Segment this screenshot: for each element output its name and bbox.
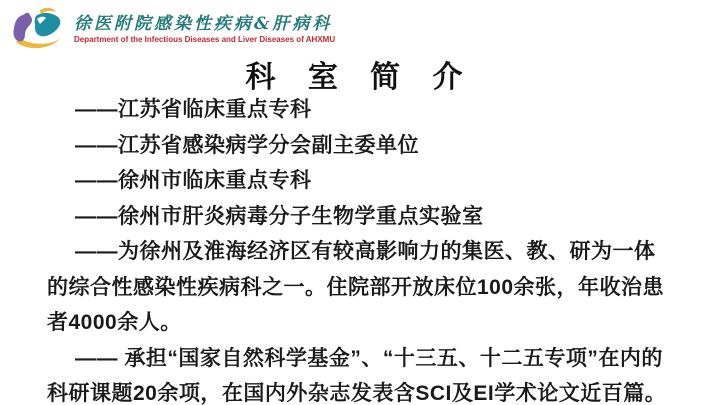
liver-logo-icon (10, 6, 68, 52)
slide-title: 科 室 简 介 (0, 52, 720, 96)
presentation-slide: 徐医附院感染性疾病&肝病科 Department of the Infectio… (0, 0, 720, 405)
department-logo: 徐医附院感染性疾病&肝病科 Department of the Infectio… (10, 6, 335, 52)
bullet-list: ——江苏省临床重点专科 ——江苏省感染病学分会副主委单位 ——徐州市临床重点专科… (47, 92, 675, 405)
bullet-item-3: ——徐州市临床重点专科 (47, 163, 675, 199)
bullet-item-6: —— 承担“国家自然科学基金”、“十三五、十二五专项”在内的科研课题20余项，在… (47, 341, 675, 405)
bullet-item-5: ——为徐州及淮海经济区有较高影响力的集医、教、研为一体的综合性感染性疾病科之一。… (47, 234, 675, 341)
bullet-item-2: ——江苏省感染病学分会副主委单位 (47, 128, 675, 164)
bullet-item-4: ——徐州市肝炎病毒分子生物学重点实验室 (47, 199, 675, 235)
logo-english-name: Department of the Infectious Diseases an… (74, 34, 335, 45)
logo-text-block: 徐医附院感染性疾病&肝病科 Department of the Infectio… (74, 14, 335, 45)
logo-chinese-name: 徐医附院感染性疾病&肝病科 (74, 14, 335, 34)
bullet-item-1: ——江苏省临床重点专科 (47, 92, 675, 128)
